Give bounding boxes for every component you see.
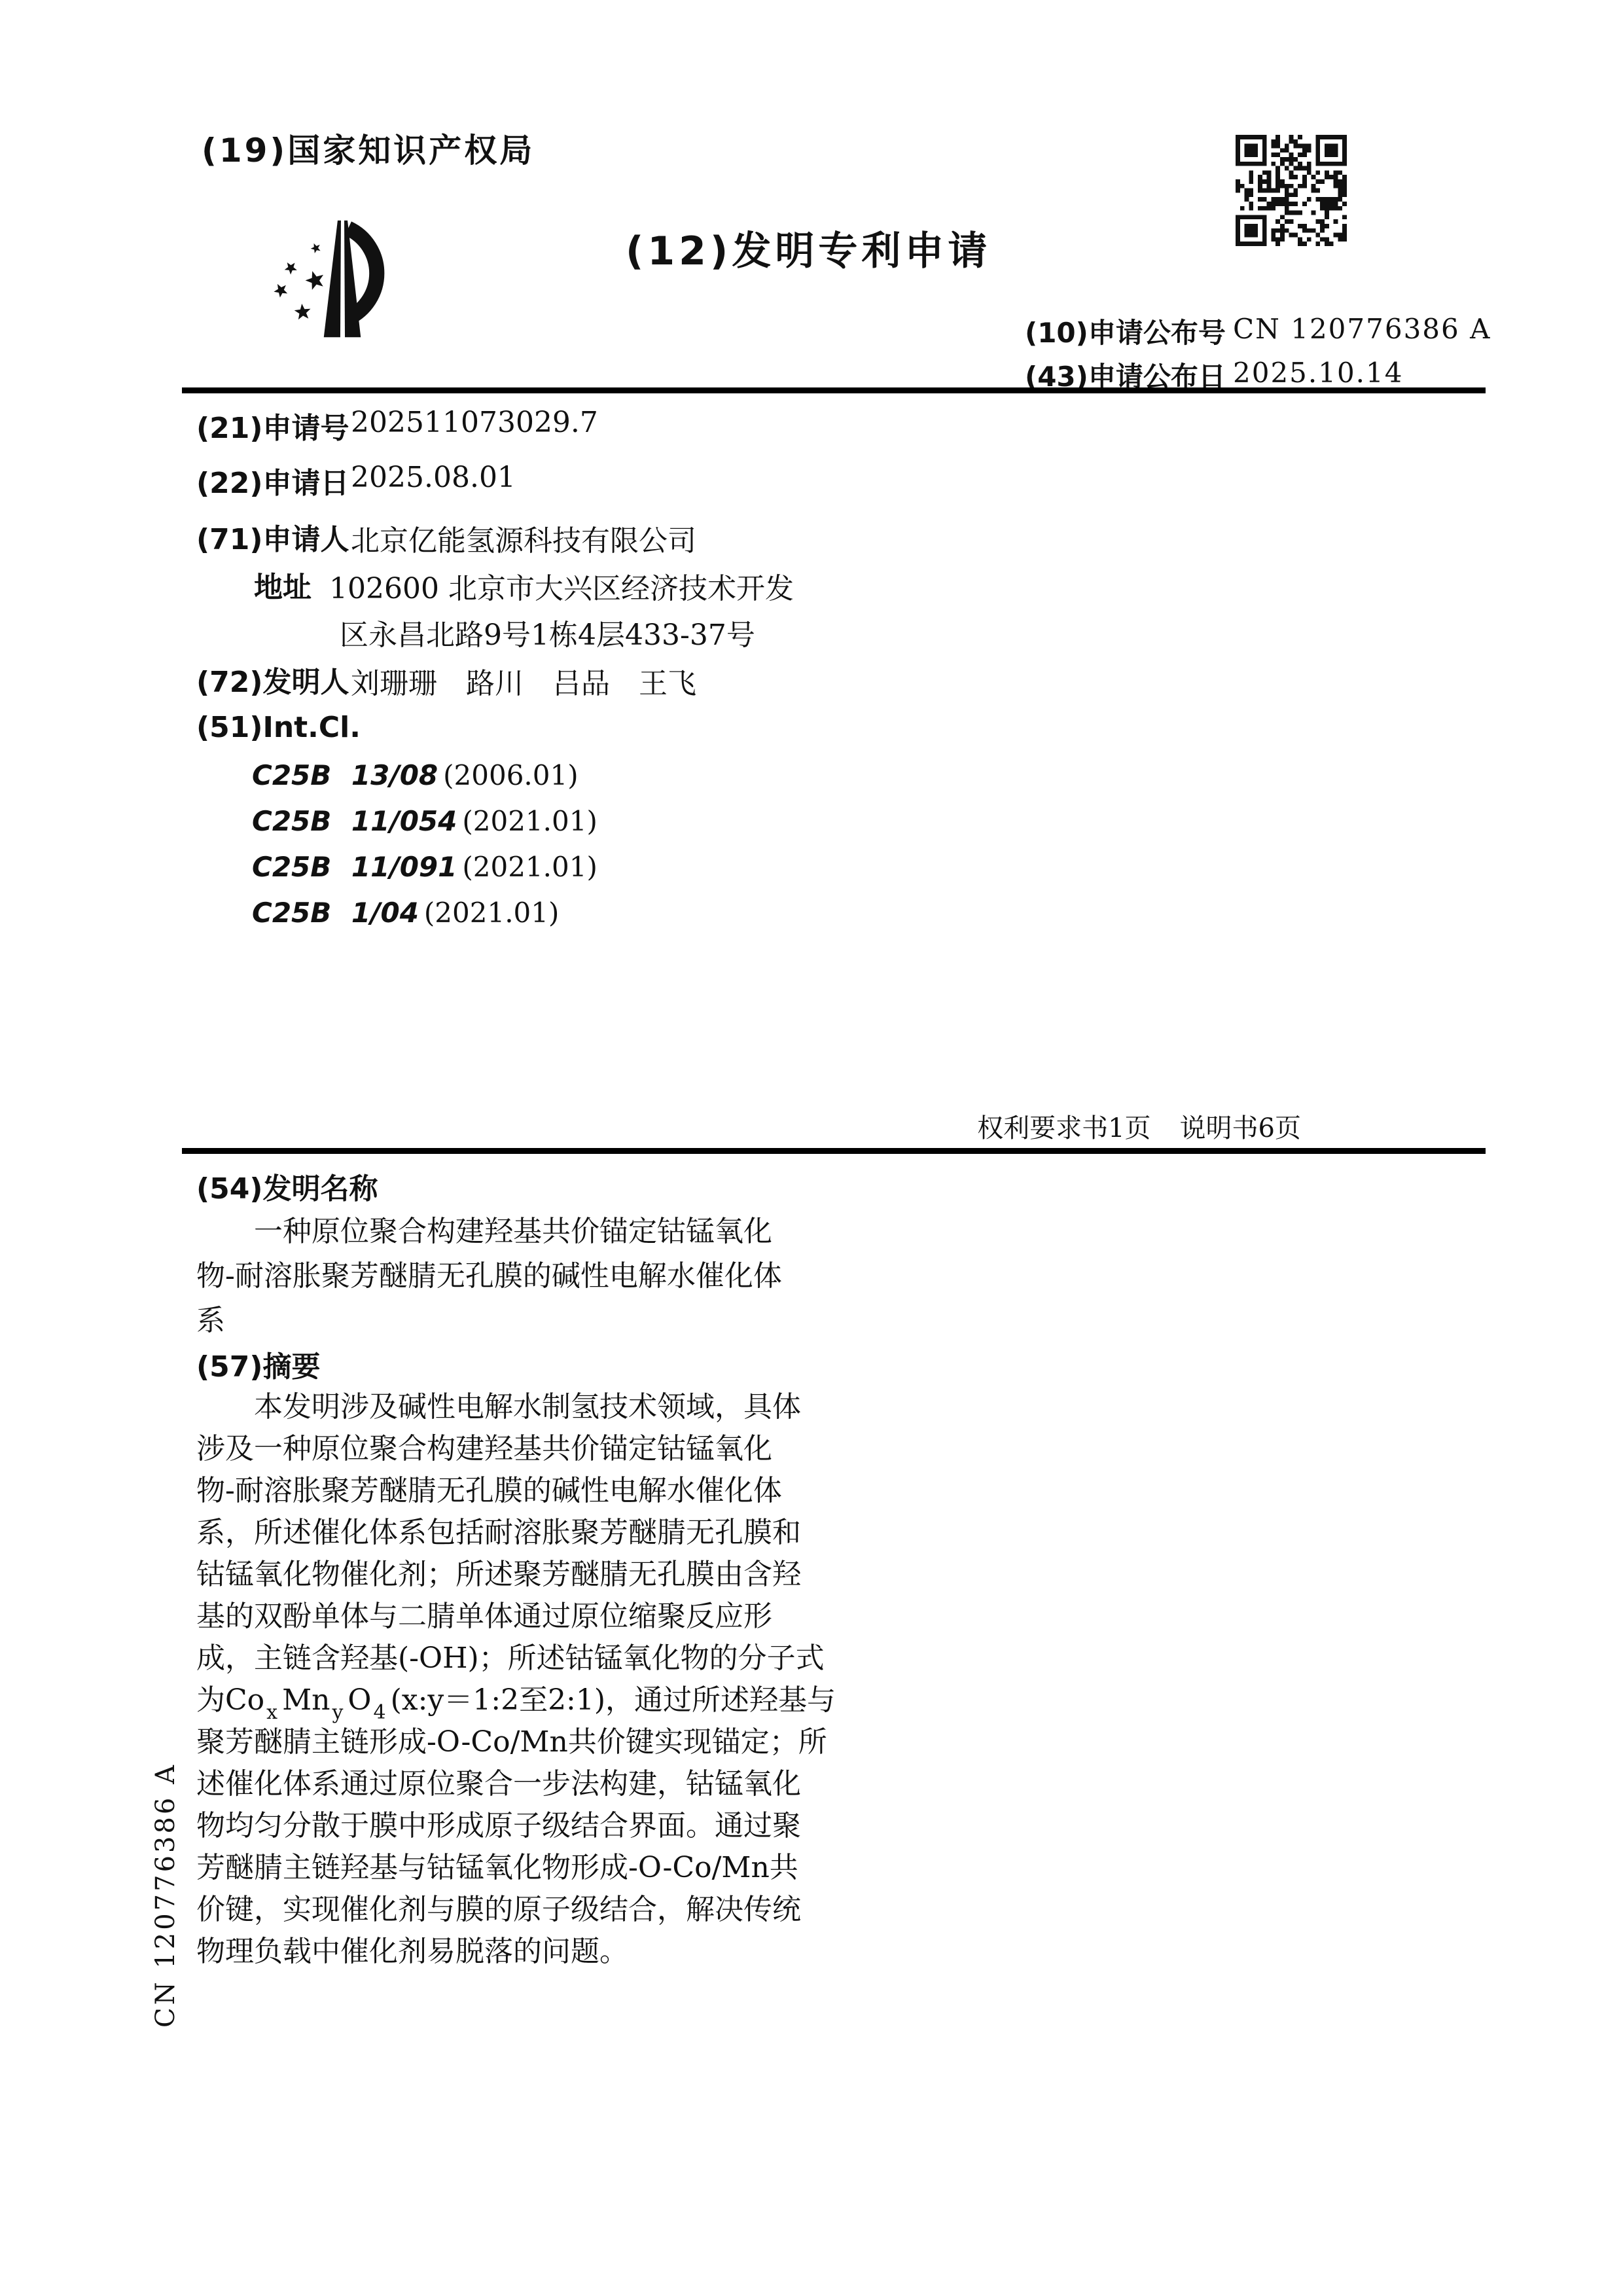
header-divider-rule: [182, 387, 1486, 393]
abstract-line: 芳醚腈主链羟基与钴锰氧化物形成-O-Co/Mn共: [196, 1847, 798, 1889]
office-name: (19)国家知识产权局: [202, 124, 535, 171]
abstract-line: 成，主链含羟基(-OH)；所述钴锰氧化物的分子式: [196, 1638, 798, 1679]
address-label: 地址: [254, 564, 312, 605]
abstract-label: (57)摘要: [196, 1343, 320, 1385]
inventors-value: 刘珊珊 路川 吕品 王飞: [351, 660, 696, 702]
application-date-row: (22)申请日 2025.08.01: [196, 459, 982, 497]
star-icon: [306, 271, 324, 290]
intcl-label: (51)Int.Cl.: [196, 711, 361, 744]
description-pages: 说明书6页: [1180, 1113, 1301, 1143]
abstract-formula-line: 为CoxMnyO4(x:y＝1:2至2:1)，通过所述羟基与: [196, 1679, 798, 1721]
invention-title: 一种原位聚合构建羟基共价锚定钴锰氧化 物-耐溶胀聚芳醚腈无孔膜的碱性电解水催化体…: [196, 1210, 798, 1343]
invention-title-label: (54)发明名称: [196, 1165, 378, 1207]
star-icon: [274, 284, 287, 298]
intcl-row: (51)Int.Cl.: [196, 711, 982, 749]
ipc-entry: C25B 13/08(2006.01): [252, 759, 579, 796]
ipc-version: (2006.01): [443, 759, 578, 791]
ipc-entry: C25B 11/054(2021.01): [252, 805, 597, 842]
address-line2: 区永昌北路9号1栋4层433-37号: [340, 611, 755, 653]
ipc-version: (2021.01): [462, 805, 597, 837]
star-icon: [311, 243, 321, 253]
application-number-label: (21)申请号: [196, 404, 349, 446]
abstract-line: 本发明涉及碱性电解水制氢技术领域，具体: [196, 1386, 798, 1428]
inventors-label: (72)发明人: [196, 658, 349, 700]
inventors-row: (72)发明人 刘珊珊 路川 吕品 王飞: [196, 658, 982, 696]
applicant-row: (71)申请人 北京亿能氢源科技有限公司: [196, 516, 982, 554]
ipc-code: C25B 11/091: [252, 851, 457, 883]
cnipa-logo: [260, 207, 425, 343]
publication-date-row: (43)申请公布日 2025.10.14: [1025, 355, 1522, 392]
abstract-line: 物均匀分散于膜中形成原子级结合界面。通过聚: [196, 1805, 798, 1847]
abstract-line: 钴锰氧化物催化剂；所述聚芳醚腈无孔膜由含羟: [196, 1554, 798, 1596]
abstract-line: 基的双酚单体与二腈单体通过原位缩聚反应形: [196, 1596, 798, 1638]
invention-title-line: 系: [196, 1299, 798, 1343]
application-date-label: (22)申请日: [196, 459, 349, 501]
logo-stars: [274, 243, 323, 320]
application-date-value: 2025.08.01: [351, 461, 516, 494]
publication-number-value: CN 120776386 A: [1233, 313, 1491, 345]
applicant-label: (71)申请人: [196, 516, 349, 558]
qr-code: [1236, 135, 1347, 246]
address-row: 地址 102600 北京市大兴区经济技术开发: [196, 564, 982, 601]
abstract-line: 物-耐溶胀聚芳醚腈无孔膜的碱性电解水催化体: [196, 1470, 798, 1512]
document-type-title: (12)发明专利申请: [626, 220, 991, 276]
ipc-version: (2021.01): [424, 897, 559, 929]
publication-number-label: (10)申请公布号: [1025, 312, 1226, 351]
abstract-line: 价键，实现催化剂与膜的原子级结合，解决传统: [196, 1889, 798, 1931]
ipc-entry: C25B 11/091(2021.01): [252, 851, 597, 888]
abstract-line: 系，所述催化体系包括耐溶胀聚芳醚腈无孔膜和: [196, 1512, 798, 1554]
ipc-code: C25B 13/08: [252, 759, 438, 791]
publication-date-value: 2025.10.14: [1233, 357, 1403, 389]
abstract-text: 本发明涉及碱性电解水制氢技术领域，具体 涉及一种原位聚合构建羟基共价锚定钴锰氧化…: [196, 1386, 798, 1973]
invention-title-line: 一种原位聚合构建羟基共价锚定钴锰氧化: [196, 1210, 798, 1254]
publication-number-row: (10)申请公布号 CN 120776386 A: [1025, 312, 1522, 348]
body-divider-rule: [182, 1148, 1486, 1154]
star-icon: [285, 262, 297, 274]
abstract-line: 物理负载中催化剂易脱落的问题。: [196, 1931, 798, 1973]
ipc-entry: C25B 1/04(2021.01): [252, 897, 559, 933]
logo-tower-left: [324, 221, 341, 337]
address-line1: 102600 北京市大兴区经济技术开发: [329, 565, 794, 607]
ipc-code: C25B 1/04: [252, 897, 419, 929]
star-icon: [294, 304, 311, 319]
abstract-line: 述催化体系通过原位聚合一步法构建，钴锰氧化: [196, 1763, 798, 1805]
application-number-value: 202511073029.7: [351, 406, 598, 439]
claims-pages: 权利要求书1页: [977, 1113, 1150, 1143]
invention-title-line: 物-耐溶胀聚芳醚腈无孔膜的碱性电解水催化体: [196, 1254, 798, 1299]
application-number-row: (21)申请号 202511073029.7: [196, 404, 982, 442]
ipc-version: (2021.01): [462, 851, 597, 883]
abstract-line: 聚芳醚腈主链形成-O-Co/Mn共价键实现锚定；所: [196, 1721, 798, 1763]
abstract-line: 涉及一种原位聚合构建羟基共价锚定钴锰氧化: [196, 1428, 798, 1470]
patent-front-page: (19)国家知识产权局 (12)发明专利申请 (10)申请公布号 CN 1207…: [0, 0, 1623, 2296]
applicant-value: 北京亿能氢源科技有限公司: [351, 517, 696, 559]
ipc-code: C25B 11/054: [252, 805, 457, 837]
pages-info: 权利要求书1页说明书6页: [785, 1107, 1301, 1145]
sidebar-publication-number: CN 120776386 A: [151, 1820, 181, 2028]
